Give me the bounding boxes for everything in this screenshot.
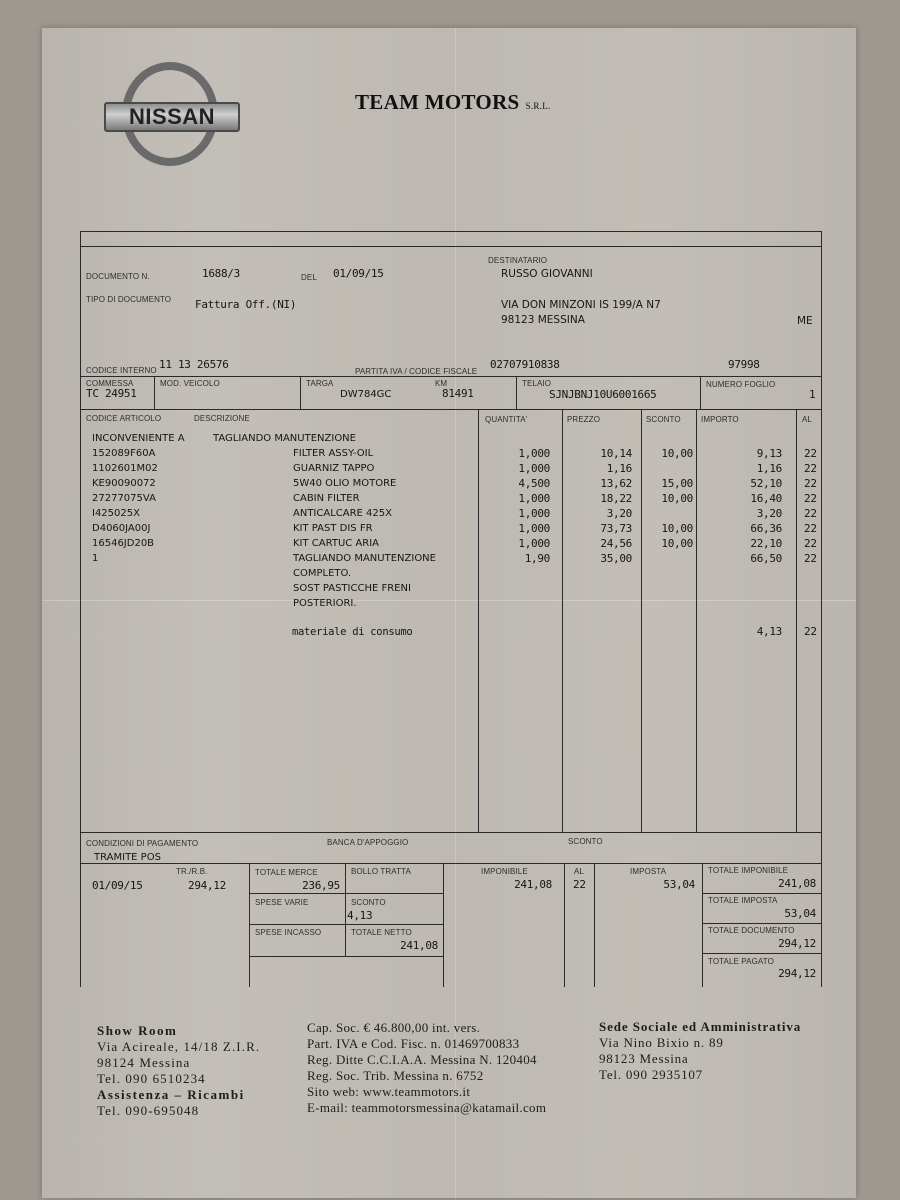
totale-imponibile-label: TOTALE IMPONIBILE <box>708 866 788 875</box>
col-divider <box>796 409 797 832</box>
divider <box>702 893 821 894</box>
frame-line <box>80 246 822 247</box>
totale-imposta-label: TOTALE IMPOSTA <box>708 896 777 905</box>
destinatario-address: VIA DON MINZONI IS 199/A N7 <box>501 299 661 311</box>
destinatario-name: RUSSO GIOVANNI <box>501 268 593 280</box>
documento-n-label: DOCUMENTO N. <box>86 272 150 281</box>
spese-incasso-label: SPESE INCASSO <box>255 928 321 937</box>
footer-showroom: Show Room Via Acireale, 14/18 Z.I.R. 981… <box>97 1023 260 1119</box>
item-description: GUARNIZ TAPPO <box>293 463 374 474</box>
item-discount: 15,00 <box>642 477 693 490</box>
item-vat: 22 <box>804 462 817 475</box>
item-price: 18,22 <box>563 492 632 505</box>
totale-documento: 294,12 <box>703 937 816 950</box>
company-name: TEAM MOTORSS.R.L. <box>355 90 551 115</box>
item-vat: 22 <box>804 447 817 460</box>
codice-interno-label: CODICE INTERNO <box>86 366 157 375</box>
footer-showroom-city: 98124 Messina <box>97 1055 260 1071</box>
item-discount: 10,00 <box>642 447 693 460</box>
divider <box>564 863 565 987</box>
footer-assistenza-title: Assistenza – Ricambi <box>97 1087 260 1103</box>
col-al: AL <box>802 415 812 424</box>
item-price: 3,20 <box>563 507 632 520</box>
partita-iva: 02707910838 <box>490 358 560 371</box>
destinatario-province: ME <box>797 315 813 327</box>
item-amount: 66,36 <box>697 522 782 535</box>
divider <box>249 956 443 957</box>
item-note: POSTERIORI. <box>293 598 357 609</box>
footer-sede-address: Via Nino Bixio n. 89 <box>599 1035 801 1051</box>
item-amount: 22,10 <box>697 537 782 550</box>
item-code: 1102601M02 <box>92 463 158 474</box>
imponibile: 241,08 <box>445 878 552 891</box>
vehicle-row-top <box>80 376 822 377</box>
item-qty: 1,000 <box>480 507 550 520</box>
tipo-documento-label: TIPO DI DOCUMENTO <box>86 295 171 304</box>
sconto-value: 4,13 <box>347 909 372 922</box>
imposta-label: IMPOSTA <box>630 867 666 876</box>
footer-sede-city: 98123 Messina <box>599 1051 801 1067</box>
item-description: 5W40 OLIO MOTORE <box>293 478 396 489</box>
bollo-tratta-label: BOLLO TRATTA <box>351 867 411 876</box>
item-price: 10,14 <box>563 447 632 460</box>
targa-label: TARGA <box>306 379 333 388</box>
totale-imposta: 53,04 <box>703 907 816 920</box>
col-prezzo: PREZZO <box>567 415 600 424</box>
document-date: 01/09/15 <box>333 267 384 280</box>
col-divider <box>478 409 479 832</box>
col-codice-articolo: CODICE ARTICOLO <box>86 414 161 423</box>
inconveniente-code: INCONVENIENTE A <box>92 433 185 444</box>
item-discount: 10,00 <box>642 522 693 535</box>
item-qty: 1,90 <box>480 552 550 565</box>
numero-foglio-label: NUMERO FOGLIO <box>706 380 775 389</box>
partita-iva-label: PARTITA IVA / CODICE FISCALE <box>355 367 477 376</box>
item-vat: 22 <box>804 552 817 565</box>
frame-top <box>80 231 822 232</box>
col-sconto: SCONTO <box>646 415 681 424</box>
item-note: SOST PASTICCHE FRENI <box>293 583 411 594</box>
destinatario-city: 98123 MESSINA <box>501 314 585 326</box>
col-importo: IMPORTO <box>701 415 739 424</box>
sconto-label: SCONTO <box>351 898 386 907</box>
item-amount: 52,10 <box>697 477 782 490</box>
divider <box>249 893 443 894</box>
divider <box>702 953 821 954</box>
al-label: AL <box>574 867 584 876</box>
item-description: CABIN FILTER <box>293 493 360 504</box>
al-value: 22 <box>573 878 586 891</box>
item-description: ANTICALCARE 425X <box>293 508 392 519</box>
logo-text: NISSAN <box>104 102 240 132</box>
footer-website: Sito web: www.teammotors.it <box>307 1084 546 1100</box>
numero-foglio: 1 <box>809 388 815 401</box>
company-name-text: TEAM MOTORS <box>355 90 520 114</box>
item-code: KE90090072 <box>92 478 156 489</box>
item-amount: 3,20 <box>697 507 782 520</box>
condizioni-label: CONDIZIONI DI PAGAMENTO <box>86 839 198 848</box>
frame-right <box>821 231 822 987</box>
telaio: SJNJBNJ10U6001665 <box>549 388 656 401</box>
footer-vat: Part. IVA e Cod. Fisc. n. 01469700833 <box>307 1036 546 1052</box>
documento-n: 1688/3 <box>202 267 240 280</box>
totale-pagato: 294,12 <box>703 967 816 980</box>
trrb-date: 01/09/15 <box>92 879 143 892</box>
divider <box>154 376 155 409</box>
item-qty: 1,000 <box>480 537 550 550</box>
item-vat: 22 <box>804 537 817 550</box>
destinatario-label: DESTINATARIO <box>488 256 547 265</box>
item-price: 35,00 <box>563 552 632 565</box>
item-description: FILTER ASSY-OIL <box>293 448 373 459</box>
divider <box>516 376 517 409</box>
frame-left <box>80 231 81 987</box>
commessa: TC 24951 <box>86 387 137 400</box>
km: 81491 <box>442 387 474 400</box>
footer-showroom-address: Via Acireale, 14/18 Z.I.R. <box>97 1039 260 1055</box>
item-code: I425025X <box>92 508 140 519</box>
divider <box>702 923 821 924</box>
totale-imponibile: 241,08 <box>703 877 816 890</box>
item-code: 16546JD20B <box>92 538 154 549</box>
divider <box>300 376 301 409</box>
cliente-code: 97998 <box>728 358 760 371</box>
item-amount: 1,16 <box>697 462 782 475</box>
divider <box>594 863 595 987</box>
footer-sede-title: Sede Sociale ed Amministrativa <box>599 1019 801 1035</box>
footer-capital: Cap. Soc. € 46.800,00 int. vers. <box>307 1020 546 1036</box>
totale-merce: 236,95 <box>250 879 340 892</box>
codice-interno: 11 13 26576 <box>159 358 229 371</box>
footer-cciaa: Reg. Ditte C.C.I.A.A. Messina N. 120404 <box>307 1052 546 1068</box>
item-description: TAGLIANDO MANUTENZIONE <box>293 553 436 564</box>
totale-netto: 241,08 <box>346 939 438 952</box>
extra-amount: 4,13 <box>697 625 782 638</box>
divider <box>700 376 701 409</box>
item-amount: 66,50 <box>697 552 782 565</box>
item-code: D4060JA00J <box>92 523 150 534</box>
item-qty: 1,000 <box>480 522 550 535</box>
item-amount: 16,40 <box>697 492 782 505</box>
company-suffix: S.R.L. <box>526 101 551 111</box>
item-discount: 10,00 <box>642 537 693 550</box>
mod-veicolo-label: MOD. VEICOLO <box>160 379 220 388</box>
imponibile-label: IMPONIBILE <box>481 867 528 876</box>
tipo-documento: Fattura Off.(NI) <box>195 298 296 311</box>
item-description: KIT CARTUC ARIA <box>293 538 379 549</box>
item-amount: 9,13 <box>697 447 782 460</box>
item-qty: 4,500 <box>480 477 550 490</box>
footer-showroom-phone: Tel. 090 6510234 <box>97 1071 260 1087</box>
item-vat: 22 <box>804 477 817 490</box>
footer-sede: Sede Sociale ed Amministrativa Via Nino … <box>599 1019 801 1083</box>
item-note: COMPLETO. <box>293 568 351 579</box>
item-vat: 22 <box>804 492 817 505</box>
inconveniente-description: TAGLIANDO MANUTENZIONE <box>213 433 356 444</box>
divider <box>443 863 444 987</box>
extra-vat: 22 <box>804 625 817 638</box>
item-vat: 22 <box>804 507 817 520</box>
totals-top <box>80 863 822 864</box>
item-qty: 1,000 <box>480 492 550 505</box>
item-code: 1 <box>92 553 98 564</box>
trrb-amount: 294,12 <box>188 879 226 892</box>
footer-sede-phone: Tel. 090 2935107 <box>599 1067 801 1083</box>
footer-reg-soc: Reg. Soc. Trib. Messina n. 6752 <box>307 1068 546 1084</box>
totale-netto-label: TOTALE NETTO <box>351 928 412 937</box>
condizioni-value: TRAMITE POS <box>94 852 161 863</box>
totale-merce-label: TOTALE MERCE <box>255 868 318 877</box>
item-qty: 1,000 <box>480 462 550 475</box>
payment-top <box>80 832 822 833</box>
footer-company-info: Cap. Soc. € 46.800,00 int. vers. Part. I… <box>307 1020 546 1116</box>
item-discount: 10,00 <box>642 492 693 505</box>
banca-label: BANCA D'APPOGGIO <box>327 838 408 847</box>
totale-pagato-label: TOTALE PAGATO <box>708 957 774 966</box>
col-descrizione: DESCRIZIONE <box>194 414 250 423</box>
item-price: 1,16 <box>563 462 632 475</box>
footer-showroom-title: Show Room <box>97 1023 260 1039</box>
divider <box>249 924 443 925</box>
extra-description: materiale di consumo <box>292 626 412 638</box>
col-divider <box>641 409 642 832</box>
paper-fold <box>42 600 856 601</box>
item-qty: 1,000 <box>480 447 550 460</box>
totale-documento-label: TOTALE DOCUMENTO <box>708 926 795 935</box>
vehicle-row-bottom <box>80 409 822 410</box>
item-description: KIT PAST DIS FR <box>293 523 373 534</box>
nissan-logo: NISSAN <box>104 62 240 172</box>
spese-varie-label: SPESE VARIE <box>255 898 308 907</box>
col-quantita: QUANTITA' <box>485 415 527 424</box>
footer-assistenza-phone: Tel. 090-695048 <box>97 1103 260 1119</box>
imposta: 53,04 <box>596 878 695 891</box>
del-label: DEL <box>301 273 317 282</box>
trrb-label: TR./R.B. <box>176 867 207 876</box>
item-price: 24,56 <box>563 537 632 550</box>
item-vat: 22 <box>804 522 817 535</box>
targa: DW784GC <box>340 389 391 400</box>
telaio-label: TELAIO <box>522 379 551 388</box>
item-code: 27277075VA <box>92 493 156 504</box>
item-price: 13,62 <box>563 477 632 490</box>
footer-email: E-mail: teammotorsmessina@katamail.com <box>307 1100 546 1116</box>
item-code: 152089F60A <box>92 448 156 459</box>
sconto-header-label: SCONTO <box>568 837 603 846</box>
item-price: 73,73 <box>563 522 632 535</box>
